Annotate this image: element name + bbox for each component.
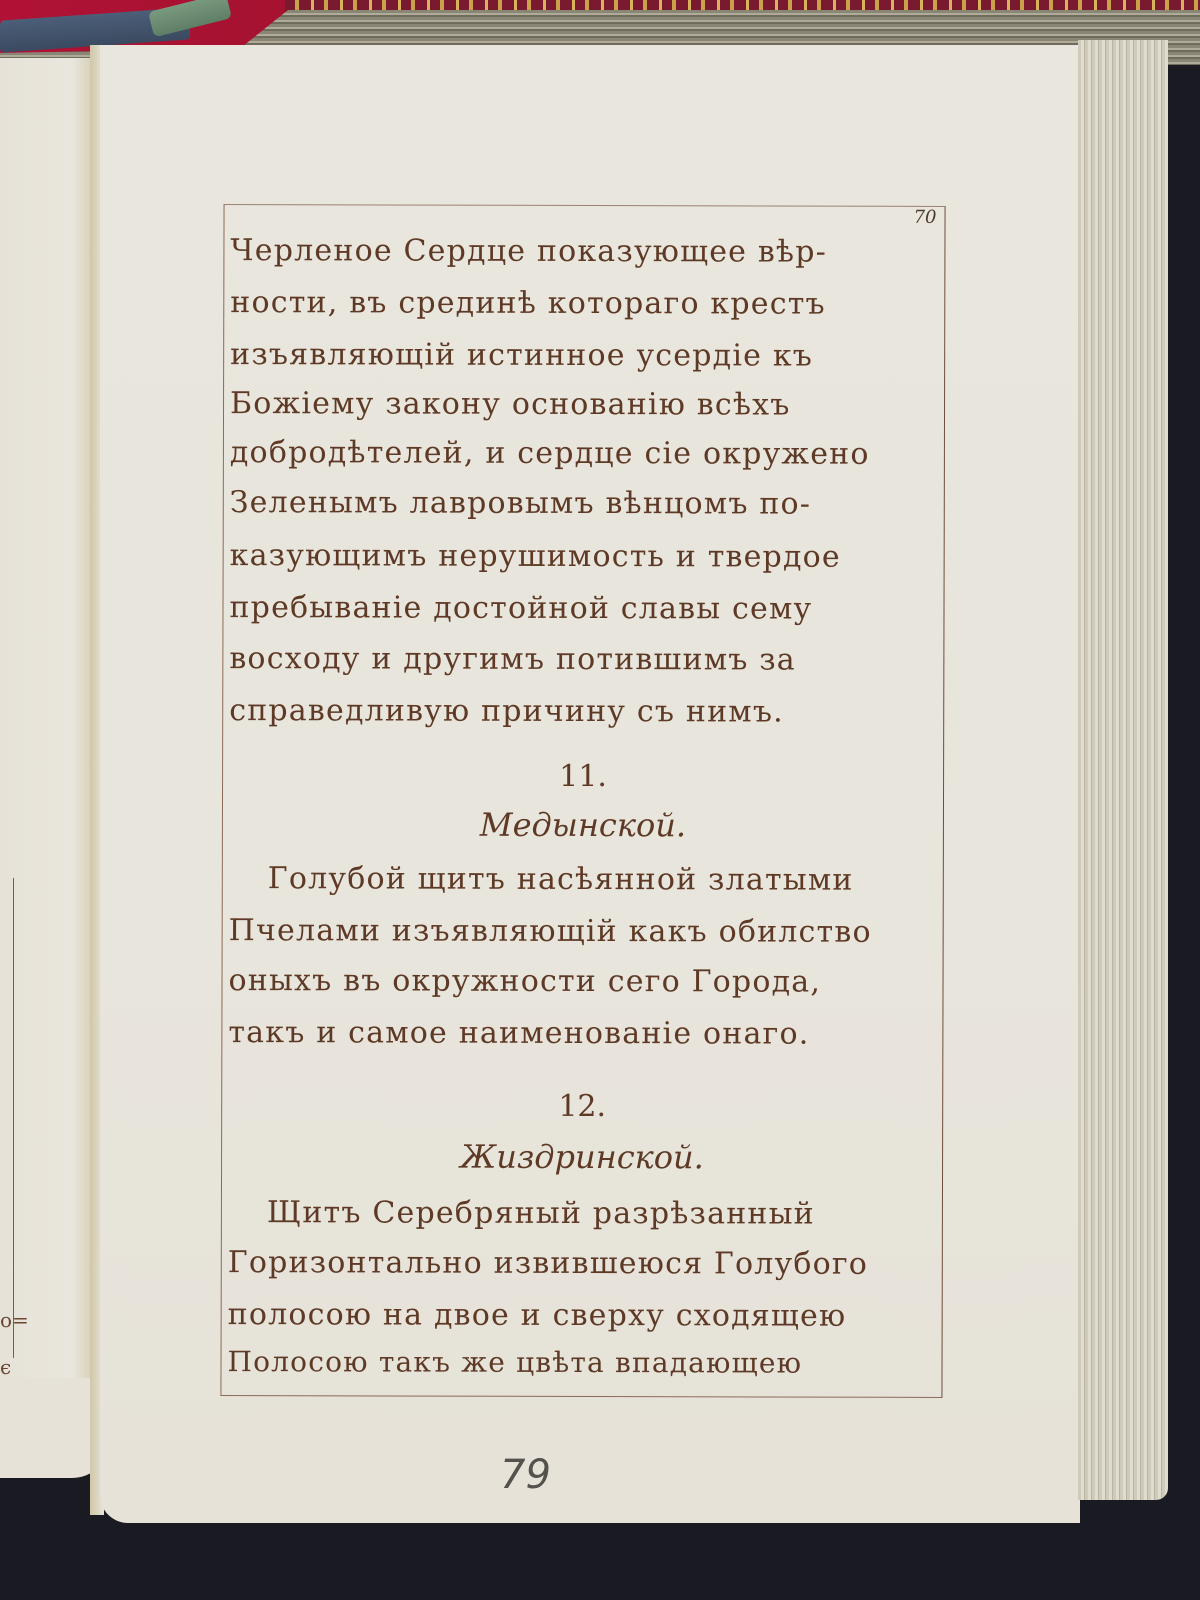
text-line: справедливую причину съ нимъ. (229, 693, 784, 729)
section-number: 11. (223, 758, 943, 795)
text-line: изъявляющій истинное усердіе къ (230, 337, 813, 374)
text-line: добродѣтелей, и сердце сіе окружено (230, 435, 870, 472)
page-block-edge (1078, 40, 1168, 1500)
text-line: ности, въ срединѣ котораго крестъ (230, 285, 826, 322)
text-line: такъ и самое наименованіе онаго. (228, 1015, 809, 1052)
folio-number: 70 (914, 207, 937, 228)
text-line: оныхъ въ окружности сего Города, (228, 963, 821, 1000)
text-line: казующимъ нерушимость и твердое (230, 538, 841, 575)
left-page-fragment: о= (0, 1308, 29, 1332)
text-line: Голубой щитъ насѣянной златыми (268, 861, 854, 898)
section-title: Медынской. (223, 805, 943, 845)
section-title: Жиздринской. (222, 1137, 942, 1177)
left-page-fragment: є (0, 1355, 11, 1379)
text-line: Зеленымъ лавровымъ вѣнцомъ по- (230, 485, 811, 522)
pencil-page-number: 79 (500, 1452, 551, 1498)
text-line: Горизонтально извившеюся Голубого (228, 1245, 868, 1282)
left-page: о= є (0, 58, 90, 1378)
ruled-text-frame: 70 Черленое Сердце показующее вѣр- ности… (220, 204, 945, 1398)
text-line: Пчелами изъявляющій какъ обилство (229, 913, 872, 950)
text-line: Полосою такъ же цвѣта впадающею (227, 1345, 802, 1380)
text-line: полосою на двое и сверху сходящею (228, 1297, 847, 1334)
text-line: пребываніе достойной славы сему (229, 590, 812, 627)
text-line: Черленое Сердце показующее вѣр- (230, 233, 827, 270)
text-line: восходу и другимъ потившимъ за (229, 641, 796, 677)
text-line: Божіему закону основанію всѣхъ (230, 386, 791, 422)
left-page-frame-rule (13, 878, 14, 1358)
section-number: 12. (222, 1088, 942, 1125)
text-line: Щитъ Серебряный разрѣзанный (267, 1195, 815, 1231)
